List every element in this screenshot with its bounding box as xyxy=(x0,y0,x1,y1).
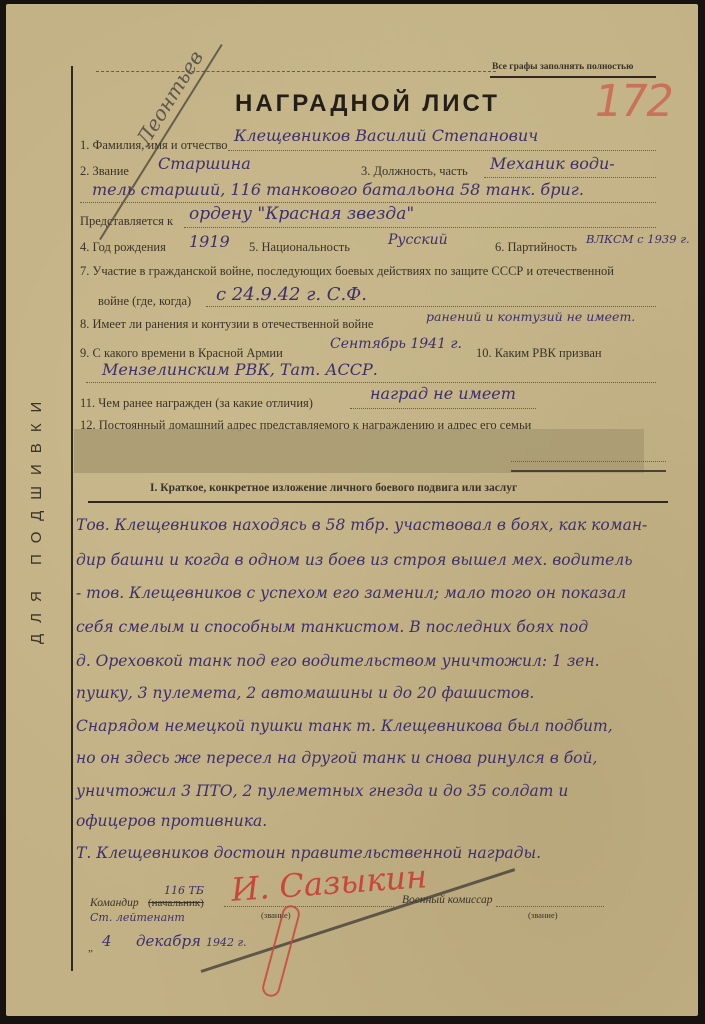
narrative-line-5: д. Ореховкой танк под его водительством … xyxy=(76,652,600,670)
field-8-label: 8. Имеет ли ранения и контузии в отечест… xyxy=(80,317,373,332)
field-9-value: Сентябрь 1941 г. xyxy=(330,336,462,352)
field-8-value: ранений и контузий не имеет. xyxy=(426,309,635,324)
field-12-rule xyxy=(511,470,666,472)
commander-struck-title: (начальник) xyxy=(148,897,204,909)
date-month: декабря xyxy=(136,932,201,950)
date-open-quote: „ xyxy=(88,942,93,954)
field-7-value: с 24.9.42 г. С.Ф. xyxy=(216,284,367,305)
narrative-line-11: Т. Клещевников достоин правительственной… xyxy=(76,844,541,862)
field-11-line xyxy=(350,408,536,409)
field-5-value: Русский xyxy=(388,232,448,248)
field-1-line xyxy=(228,150,656,151)
narrative-line-7: Снарядом немецкой пушки танк т. Клещевни… xyxy=(76,717,613,735)
field-5-label: 5. Национальность xyxy=(249,240,350,255)
field-6-value: ВЛКСМ с 1939 г. xyxy=(586,232,690,246)
document-title: НАГРАДНОЙ ЛИСТ xyxy=(235,90,500,118)
narrative-line-10: офицеров противника. xyxy=(76,812,267,830)
narrative-line-4: себя смелым и способным танкистом. В пос… xyxy=(76,618,588,636)
header-note: Все графы заполнять полностью xyxy=(492,62,633,72)
field-11-value: наград не имеет xyxy=(370,384,516,403)
commander-signature: И. Сазыкин xyxy=(230,857,428,909)
date-day: 4 xyxy=(102,932,112,950)
pencil-annotation: Леонтьев xyxy=(131,46,208,150)
field-11-label: 11. Чем ранее награжден (за какие отличи… xyxy=(80,396,313,411)
section-1-rule xyxy=(88,501,668,503)
commander-label: Командир xyxy=(90,897,139,909)
field-3-line-2 xyxy=(80,202,656,203)
presented-value: ордену "Красная звезда" xyxy=(189,204,414,224)
narrative-line-2: дир башни и когда в одном из боев из стр… xyxy=(76,551,633,569)
field-10-label: 10. Каким РВК призван xyxy=(476,346,602,361)
commander-unit: 116 ТБ xyxy=(164,884,204,897)
field-10-value: Мензелинским РВК, Тат. АССР. xyxy=(102,360,378,379)
field-2-label: 2. Звание xyxy=(80,164,129,179)
field-9-label: 9. С какого времени в Красной Армии xyxy=(80,346,283,361)
field-4-label: 4. Год рождения xyxy=(80,240,166,255)
narrative-line-3: - тов. Клещевников с успехом его заменил… xyxy=(76,584,626,602)
section-1-title: I. Краткое, конкретное изложение личного… xyxy=(150,482,517,494)
narrative-line-6: пушку, 3 пулемета, 2 автомашины и до 20 … xyxy=(76,684,534,702)
date-year: 1942 г. xyxy=(206,936,247,949)
presented-label: Представляется к xyxy=(80,214,173,229)
narrative-line-9: уничтожил 3 ПТО, 2 пулеметных гнезда и д… xyxy=(76,782,568,800)
field-3-value-line2: тель старший, 116 танкового батальона 58… xyxy=(92,180,584,199)
binding-margin-line xyxy=(71,66,73,971)
commissar-rank-caption: (звание) xyxy=(528,910,558,920)
archive-number-red: 172 xyxy=(590,76,677,127)
field-6-label: 6. Партийность xyxy=(495,240,577,255)
field-2-value: Старшина xyxy=(158,154,251,173)
field-3-line xyxy=(484,177,656,178)
field-12-line xyxy=(511,461,666,462)
presented-line xyxy=(184,227,656,228)
commander-rank: Ст. лейтенант xyxy=(90,911,185,924)
field-7-label-line1: 7. Участие в гражданской войне, последую… xyxy=(80,264,614,279)
field-7-line xyxy=(206,306,656,307)
header-dash-line xyxy=(96,71,496,72)
field-1-value: Клещевников Василий Степанович xyxy=(234,126,538,145)
narrative-line-1: Тов. Клещевников находясь в 58 тбр. учас… xyxy=(76,516,647,534)
narrative-line-8: но он здесь же пересел на другой танк и … xyxy=(76,749,597,767)
binding-margin-label: ДЛЯ ПОДШИВКИ xyxy=(28,391,45,644)
field-3-label: 3. Должность, часть xyxy=(361,164,468,179)
field-10-line xyxy=(86,382,656,383)
award-sheet-paper: ДЛЯ ПОДШИВКИ Все графы заполнять полност… xyxy=(6,4,698,1016)
field-1-label: 1. Фамилия, имя и отчество xyxy=(80,138,228,153)
commissar-line xyxy=(496,906,604,907)
redacted-address-block xyxy=(74,429,644,473)
field-7-label-line2: войне (где, когда) xyxy=(98,294,191,309)
field-3-value-line1: Механик води- xyxy=(490,154,615,173)
field-4-value: 1919 xyxy=(189,232,230,251)
